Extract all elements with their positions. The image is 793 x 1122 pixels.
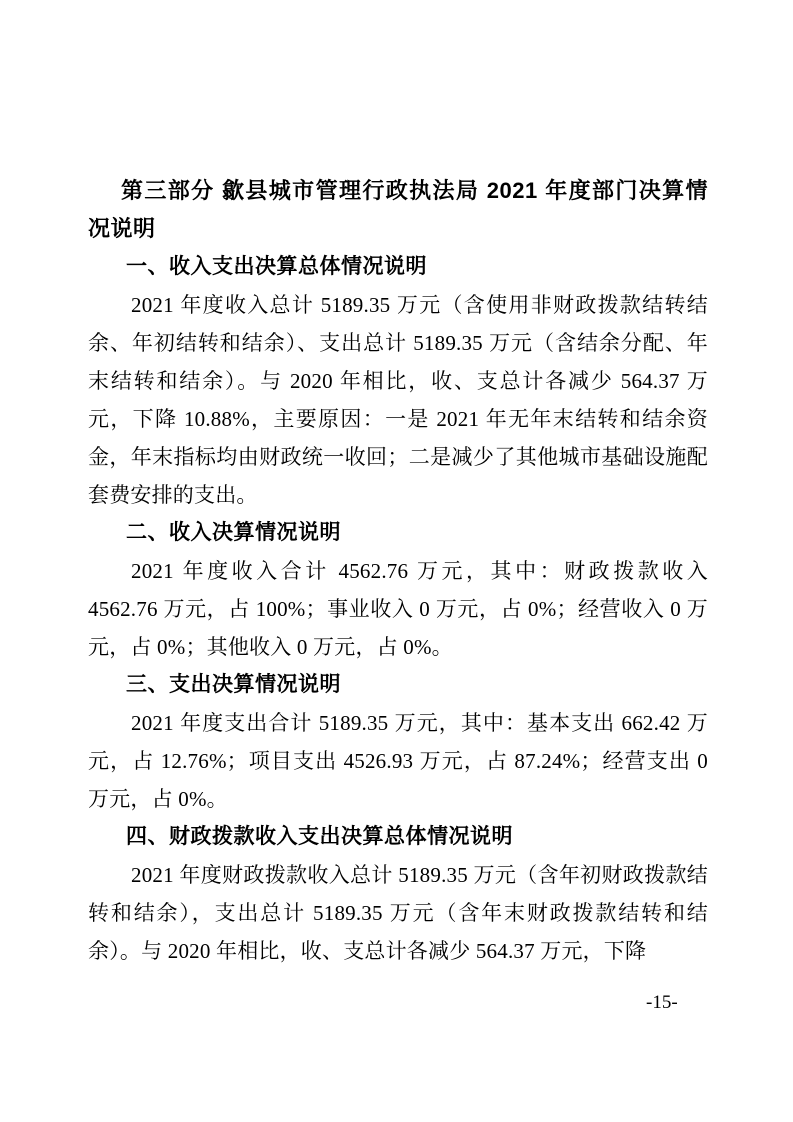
document-title: 第三部分 歙县城市管理行政执法局 2021 年度部门决算情况说明 [88,172,708,248]
document-content: 第三部分 歙县城市管理行政执法局 2021 年度部门决算情况说明 一、收入支出决… [88,172,708,970]
section-income-statement: 二、收入决算情况说明 2021 年度收入合计 4562.76 万元，其中：财政拨… [88,514,708,666]
section-expenditure-statement: 三、支出决算情况说明 2021 年度支出合计 5189.35 万元，其中：基本支… [88,666,708,818]
section-3-paragraph: 2021 年度支出合计 5189.35 万元，其中：基本支出 662.42 万元… [88,704,708,818]
section-1-heading: 一、收入支出决算总体情况说明 [88,248,708,286]
section-3-heading: 三、支出决算情况说明 [88,666,708,704]
section-2-heading: 二、收入决算情况说明 [88,514,708,552]
section-4-paragraph: 2021 年度财政拨款收入总计 5189.35 万元（含年初财政拨款结转和结余）… [88,856,708,970]
page-number: -15- [646,991,678,1015]
section-income-expenditure-overview: 一、收入支出决算总体情况说明 2021 年度收入总计 5189.35 万元（含使… [88,248,708,514]
section-1-paragraph: 2021 年度收入总计 5189.35 万元（含使用非财政拨款结转结余、年初结转… [88,286,708,514]
section-2-paragraph: 2021 年度收入合计 4562.76 万元，其中：财政拨款收入 4562.76… [88,552,708,666]
section-4-heading: 四、财政拨款收入支出决算总体情况说明 [88,818,708,856]
section-fiscal-appropriation-overview: 四、财政拨款收入支出决算总体情况说明 2021 年度财政拨款收入总计 5189.… [88,818,708,970]
